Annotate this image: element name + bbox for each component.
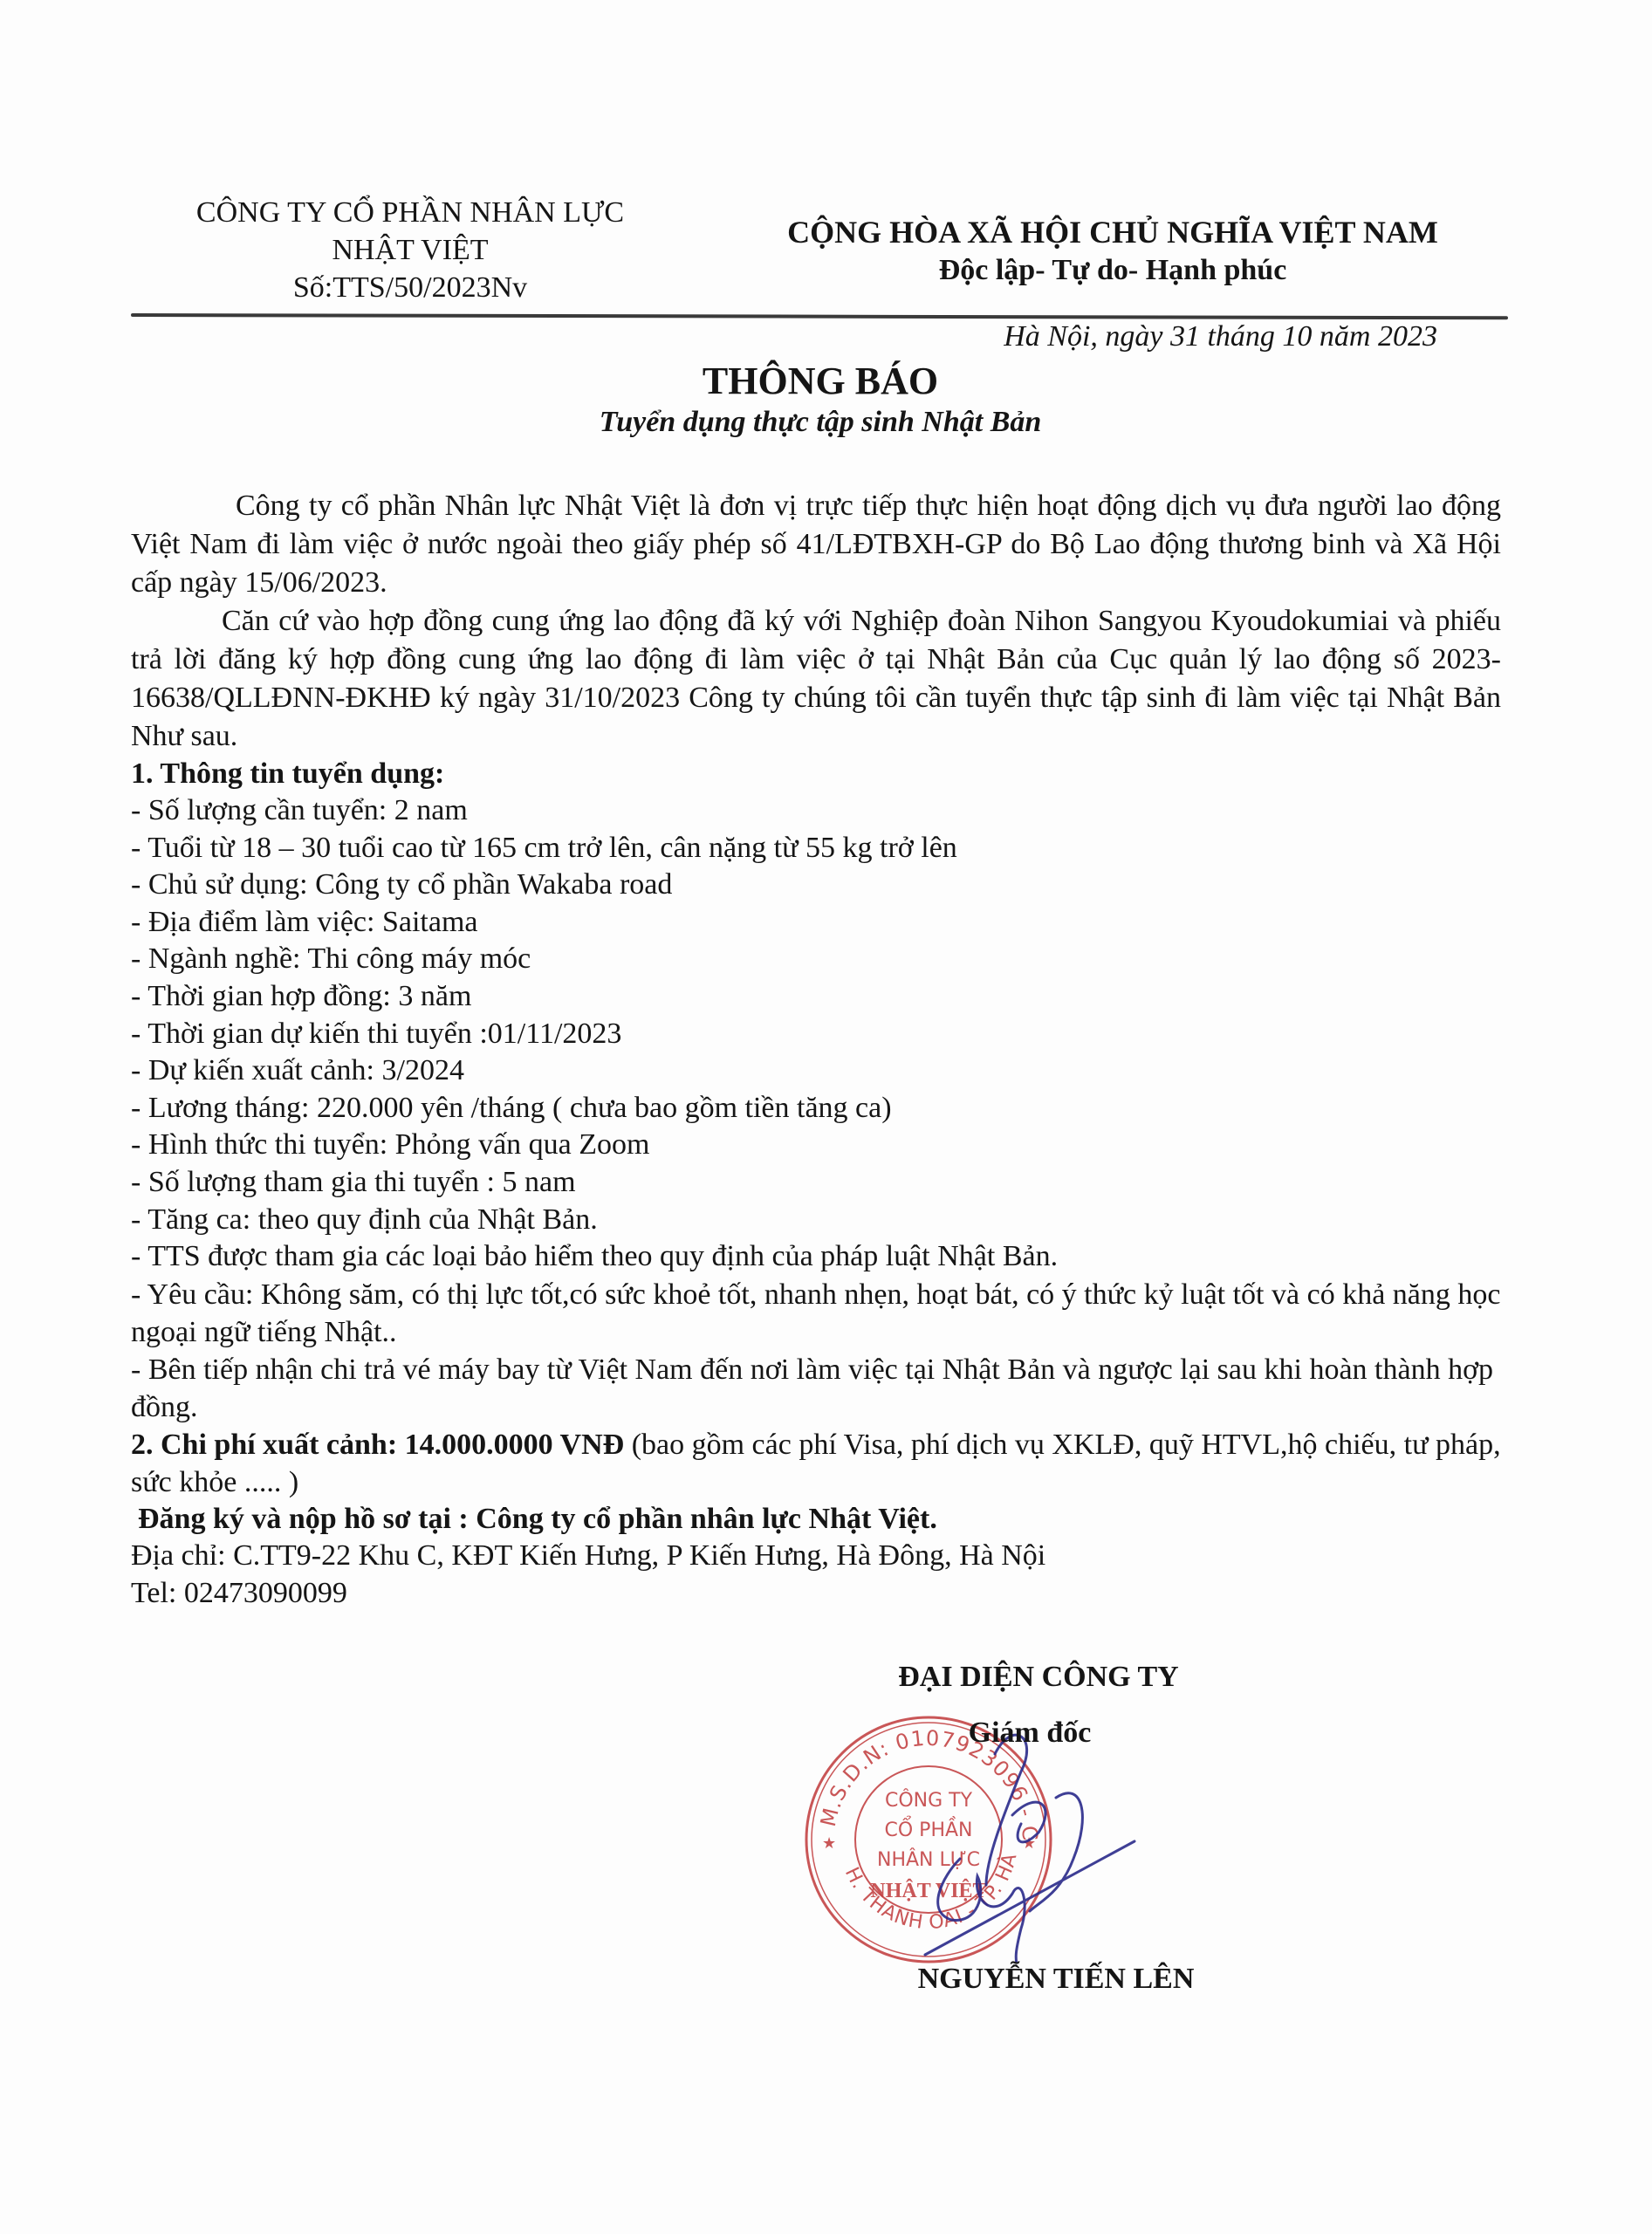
director-role: Giám đốc (803, 1714, 1257, 1752)
recruitment-info-item: - Bên tiếp nhận chi trả vé máy bay từ Vi… (131, 1351, 1501, 1426)
section2-cost: 2. Chi phí xuất cảnh: 14.000.0000 VNĐ (b… (131, 1426, 1501, 1501)
recruitment-info-list: - Số lượng cần tuyển: 2 nam- Tuổi từ 18 … (131, 792, 1501, 1426)
intro-paragraph: Công ty cổ phần Nhân lực Nhật Việt là đơ… (131, 487, 1501, 602)
recruitment-info-item: - Thời gian hợp đồng: 3 năm (131, 978, 1501, 1016)
recruitment-info-item: - Ngành nghề: Thi công máy móc (131, 941, 1501, 978)
section1-heading: 1. Thông tin tuyển dụng: (131, 756, 1501, 792)
national-motto: Độc lập- Tự do- Hạnh phúc (698, 251, 1527, 290)
representative-label: ĐẠI DIỆN CÔNG TY (820, 1658, 1257, 1696)
document-date: Hà Nội, ngày 31 tháng 10 năm 2023 (1004, 318, 1437, 356)
tel-line: Tel: 02473090099 (131, 1575, 1501, 1613)
recruitment-info-item: - Số lượng tham gia thi tuyển : 5 nam (131, 1164, 1501, 1202)
recruitment-info-item: - Địa điểm làm việc: Saitama (131, 904, 1501, 942)
recruitment-info-item: - Yêu cầu: Không săm, có thị lực tốt,có … (131, 1276, 1501, 1351)
address-line: Địa chỉ: C.TT9-22 Khu C, KĐT Kiến Hưng, … (131, 1538, 1501, 1575)
nation-name: CỘNG HÒA XÃ HỘI CHỦ NGHĨA VIỆT NAM (698, 213, 1527, 251)
document-title: THÔNG BÁO (0, 358, 1641, 405)
recruitment-info-item: - Số lượng cần tuyển: 2 nam (131, 792, 1501, 830)
recruitment-info-item: - Hình thức thi tuyển: Phỏng vấn qua Zoo… (131, 1127, 1501, 1164)
recruitment-info-item: - Dự kiến xuất cảnh: 3/2024 (131, 1052, 1501, 1090)
svg-text:★: ★ (822, 1834, 836, 1853)
recruitment-info-item: - Tăng ca: theo quy định của Nhật Bản. (131, 1202, 1501, 1239)
document-body: Công ty cổ phần Nhân lực Nhật Việt là đơ… (131, 487, 1501, 1613)
document-subtitle: Tuyển dụng thực tập sinh Nhật Bản (0, 403, 1641, 442)
recruitment-info-item: - Tuổi từ 18 – 30 tuổi cao từ 165 cm trở… (131, 830, 1501, 867)
recruitment-info-item: - Thời gian dự kiến thi tuyển :01/11/202… (131, 1016, 1501, 1053)
section2-heading: 2. Chi phí xuất cảnh: 14.000.0000 VNĐ (131, 1429, 624, 1461)
registration-line: Đăng ký và nộp hồ sơ tại : Công ty cổ ph… (131, 1501, 1501, 1538)
basis-paragraph: Căn cứ vào hợp đồng cung ứng lao động đã… (131, 602, 1501, 756)
company-name-line1: CÔNG TY CỔ PHẦN NHÂN LỰC (131, 194, 689, 231)
recruitment-info-item: - Lương tháng: 220.000 yên /tháng ( chưa… (131, 1090, 1501, 1127)
director-name: NGUYỄN TIẾN LÊN (812, 1960, 1300, 1998)
company-name-line2: NHẬT VIỆT (131, 231, 689, 269)
document-number: Số:TTS/50/2023Nv (131, 269, 689, 306)
recruitment-info-item: - Chủ sử dụng: Công ty cổ phần Wakaba ro… (131, 867, 1501, 904)
national-header: CỘNG HÒA XÃ HỘI CHỦ NGHĨA VIỆT NAM Độc l… (698, 213, 1527, 290)
signature-block: ĐẠI DIỆN CÔNG TY Giám đốc (768, 1658, 1257, 1752)
company-header: CÔNG TY CỔ PHẦN NHÂN LỰC NHẬT VIỆT Số:TT… (131, 194, 689, 306)
recruitment-info-item: - TTS được tham gia các loại bảo hiểm th… (131, 1238, 1501, 1276)
